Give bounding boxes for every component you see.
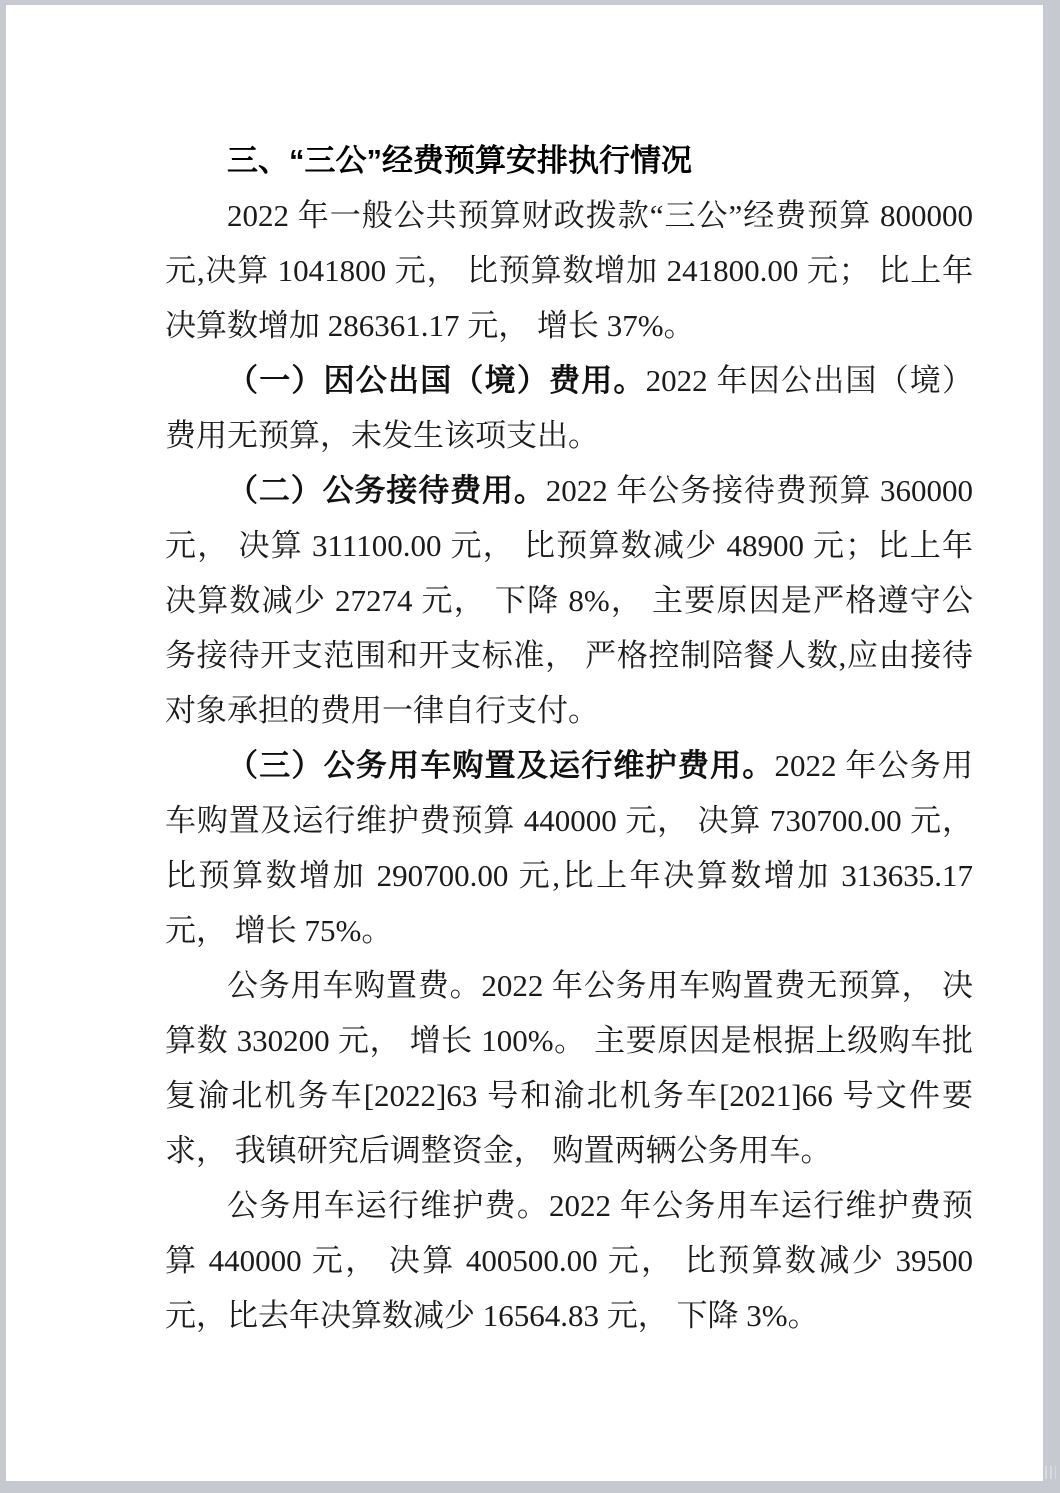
paragraph-text: 2022 年公务接待费预算 360000 元， 决算 311100.00 元， … <box>165 473 973 728</box>
paragraph-lead: （三）公务用车购置及运行维护费用。 <box>227 748 774 783</box>
paragraph-text: 2022 年一般公共预算财政拨款“三公”经费预算 800000 元,决算 104… <box>165 198 973 343</box>
paragraph-lead: （一）因公出国（境）费用。 <box>227 363 646 398</box>
paragraph-text: 公务用车购置费。2022 年公务用车购置费无预算， 决算数 330200 元， … <box>165 968 973 1168</box>
document-paragraph: （二）公务接待费用。2022 年公务接待费预算 360000 元， 决算 311… <box>165 463 973 738</box>
section-heading: 三、“三公”经费预算安排执行情况 <box>165 133 973 188</box>
document-paragraph: 公务用车运行维护费。2022 年公务用车运行维护费预算 440000 元， 决算… <box>165 1178 973 1343</box>
paragraph-text: 公务用车运行维护费。2022 年公务用车运行维护费预算 440000 元， 决算… <box>165 1188 973 1333</box>
document-paragraph: （一）因公出国（境）费用。2022 年因公出国（境）费用无预算，未发生该项支出。 <box>165 353 973 463</box>
paragraph-lead: （二）公务接待费用。 <box>227 473 546 508</box>
document-content: 三、“三公”经费预算安排执行情况 2022 年一般公共预算财政拨款“三公”经费预… <box>6 5 1043 1481</box>
document-page: 三、“三公”经费预算安排执行情况 2022 年一般公共预算财政拨款“三公”经费预… <box>6 5 1043 1481</box>
document-paragraph: （三）公务用车购置及运行维护费用。2022 年公务用车购置及运行维护费预算 44… <box>165 738 973 958</box>
document-body: 2022 年一般公共预算财政拨款“三公”经费预算 800000 元,决算 104… <box>165 188 973 1343</box>
viewer-background: { "page": { "background_color": "#ffffff… <box>0 0 1060 1493</box>
document-paragraph: 公务用车购置费。2022 年公务用车购置费无预算， 决算数 330200 元， … <box>165 958 973 1178</box>
document-paragraph: 2022 年一般公共预算财政拨款“三公”经费预算 800000 元,决算 104… <box>165 188 973 353</box>
